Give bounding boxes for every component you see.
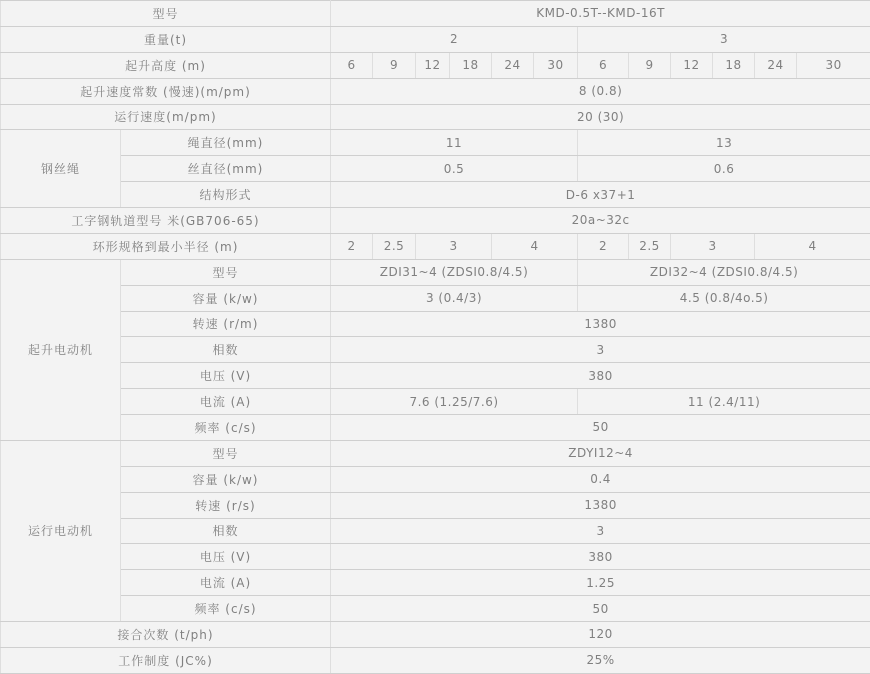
group-label-wire-rope: 钢丝绳	[1, 130, 121, 208]
row-travel-motor-voltage: 电压 (V) 380	[1, 544, 870, 570]
row-ring-min-radius: 环形规格到最小半径 (m) 2 2.5 3 4 2 2.5 3 4	[1, 233, 870, 259]
row-hoist-motor-model: 起升电动机 型号 ZDI31~4 (ZDSI0.8/4.5) ZDI32~4 (…	[1, 259, 870, 285]
sub-label: 频率 (c/s)	[121, 596, 331, 622]
cell-value: 4	[492, 233, 578, 259]
cell-value: 6	[331, 52, 373, 78]
cell-value: 50	[331, 415, 870, 441]
cell-value: 3	[331, 518, 870, 544]
row-wire-diameter: 丝直径(mm) 0.5 0.6	[1, 156, 870, 182]
cell-value: 30	[534, 52, 578, 78]
row-travel-motor-frequency: 频率 (c/s) 50	[1, 596, 870, 622]
cell-value: 18	[713, 52, 755, 78]
row-label: 重量(t)	[1, 26, 331, 52]
cell-value: 380	[331, 544, 870, 570]
row-travel-speed: 运行速度(m/pm) 20 (30)	[1, 104, 870, 130]
sub-label: 丝直径(mm)	[121, 156, 331, 182]
row-ibeam-rail: 工字钢轨道型号 米(GB706-65) 20a~32c	[1, 208, 870, 234]
cell-value: 9	[373, 52, 416, 78]
sub-label: 相数	[121, 518, 331, 544]
row-label: 起升速度常数 (慢速)(m/pm)	[1, 78, 331, 104]
cell-value: 2	[331, 233, 373, 259]
cell-value: 20a~32c	[331, 208, 870, 234]
cell-value: ZDI32~4 (ZDSI0.8/4.5)	[578, 259, 870, 285]
row-label: 运行速度(m/pm)	[1, 104, 331, 130]
row-label: 接合次数 (t/ph)	[1, 622, 331, 648]
cell-value: 3	[416, 233, 492, 259]
cell-value: 120	[331, 622, 870, 648]
cell-value: 2.5	[373, 233, 416, 259]
spec-sheet: 型号 KMD-0.5T--KMD-16T 重量(t) 2 3 起升高度 (m) …	[0, 0, 870, 674]
row-rope-diameter: 钢丝绳 绳直径(mm) 11 13	[1, 130, 870, 156]
row-hoist-motor-voltage: 电压 (V) 380	[1, 363, 870, 389]
row-lift-height: 起升高度 (m) 6 9 12 18 24 30 6 9 12 18 24 30	[1, 52, 870, 78]
cell-value: 9	[629, 52, 671, 78]
cell-value: 11 (2.4/11)	[578, 389, 870, 415]
row-duty-cycle: 工作制度 (JC%) 25%	[1, 647, 870, 673]
row-hoist-motor-capacity: 容量 (k/w) 3 (0.4/3) 4.5 (0.8/4o.5)	[1, 285, 870, 311]
cell-value: 24	[492, 52, 534, 78]
cell-value: 0.4	[331, 466, 870, 492]
cell-value: 1380	[331, 311, 870, 337]
row-label: 起升高度 (m)	[1, 52, 331, 78]
cell-value: 2	[578, 233, 629, 259]
cell-value: 12	[416, 52, 450, 78]
row-travel-motor-speed: 转速 (r/s) 1380	[1, 492, 870, 518]
cell-value: 20 (30)	[331, 104, 870, 130]
cell-value: ZDI31~4 (ZDSI0.8/4.5)	[331, 259, 578, 285]
spec-table: 型号 KMD-0.5T--KMD-16T 重量(t) 2 3 起升高度 (m) …	[0, 0, 870, 674]
row-label: 环形规格到最小半径 (m)	[1, 233, 331, 259]
cell-value: 3	[331, 337, 870, 363]
sub-label: 容量 (k/w)	[121, 466, 331, 492]
row-travel-motor-current: 电流 (A) 1.25	[1, 570, 870, 596]
cell-value: KMD-0.5T--KMD-16T	[331, 1, 870, 27]
row-weight: 重量(t) 2 3	[1, 26, 870, 52]
row-travel-motor-phases: 相数 3	[1, 518, 870, 544]
cell-value: 3 (0.4/3)	[331, 285, 578, 311]
sub-label: 电流 (A)	[121, 389, 331, 415]
sub-label: 电流 (A)	[121, 570, 331, 596]
cell-value: 24	[755, 52, 797, 78]
row-hoist-motor-current: 电流 (A) 7.6 (1.25/7.6) 11 (2.4/11)	[1, 389, 870, 415]
cell-value: 30	[797, 52, 870, 78]
cell-value: 6	[578, 52, 629, 78]
sub-label: 容量 (k/w)	[121, 285, 331, 311]
sub-label: 绳直径(mm)	[121, 130, 331, 156]
cell-value: 4.5 (0.8/4o.5)	[578, 285, 870, 311]
cell-value: 25%	[331, 647, 870, 673]
sub-label: 频率 (c/s)	[121, 415, 331, 441]
cell-value: 380	[331, 363, 870, 389]
row-label: 型号	[1, 1, 331, 27]
cell-value: 4	[755, 233, 870, 259]
row-rope-structure: 结构形式 D-6 x37+1	[1, 182, 870, 208]
cell-value: 0.6	[578, 156, 870, 182]
sub-label: 型号	[121, 440, 331, 466]
cell-value: 11	[331, 130, 578, 156]
row-model: 型号 KMD-0.5T--KMD-16T	[1, 1, 870, 27]
row-hoist-motor-speed: 转速 (r/m) 1380	[1, 311, 870, 337]
cell-value: 13	[578, 130, 870, 156]
row-hoist-motor-phases: 相数 3	[1, 337, 870, 363]
cell-value: 7.6 (1.25/7.6)	[331, 389, 578, 415]
sub-label: 转速 (r/m)	[121, 311, 331, 337]
cell-value: 2.5	[629, 233, 671, 259]
cell-value: 18	[450, 52, 492, 78]
cell-value: 1.25	[331, 570, 870, 596]
cell-value: D-6 x37+1	[331, 182, 870, 208]
cell-value: 3	[671, 233, 755, 259]
group-label-hoist-motor: 起升电动机	[1, 259, 121, 440]
row-engagement-times: 接合次数 (t/ph) 120	[1, 622, 870, 648]
row-travel-motor-model: 运行电动机 型号 ZDYI12~4	[1, 440, 870, 466]
sub-label: 电压 (V)	[121, 363, 331, 389]
group-label-travel-motor: 运行电动机	[1, 440, 121, 621]
cell-value: 8 (0.8)	[331, 78, 870, 104]
sub-label: 相数	[121, 337, 331, 363]
row-label: 工字钢轨道型号 米(GB706-65)	[1, 208, 331, 234]
sub-label: 电压 (V)	[121, 544, 331, 570]
cell-value: 0.5	[331, 156, 578, 182]
cell-value: 50	[331, 596, 870, 622]
row-lift-speed: 起升速度常数 (慢速)(m/pm) 8 (0.8)	[1, 78, 870, 104]
sub-label: 型号	[121, 259, 331, 285]
row-travel-motor-capacity: 容量 (k/w) 0.4	[1, 466, 870, 492]
cell-value: 12	[671, 52, 713, 78]
cell-value: 1380	[331, 492, 870, 518]
row-label: 工作制度 (JC%)	[1, 647, 331, 673]
sub-label: 结构形式	[121, 182, 331, 208]
sub-label: 转速 (r/s)	[121, 492, 331, 518]
cell-value: 2	[331, 26, 578, 52]
row-hoist-motor-frequency: 频率 (c/s) 50	[1, 415, 870, 441]
cell-value: ZDYI12~4	[331, 440, 870, 466]
cell-value: 3	[578, 26, 870, 52]
